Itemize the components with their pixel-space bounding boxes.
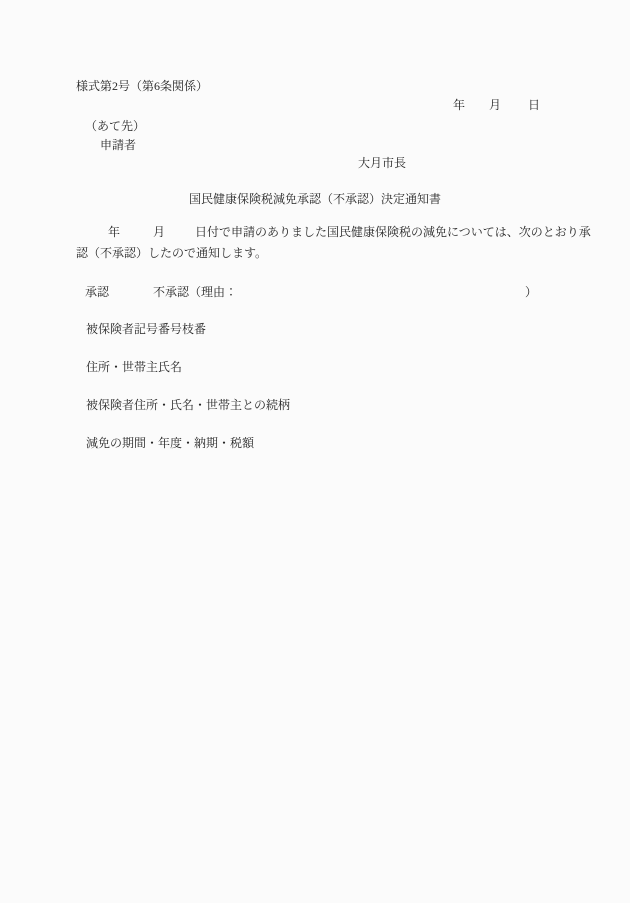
field-insured-symbol-number: 被保険者記号番号枝番	[86, 322, 206, 337]
applicant-label: 申請者	[100, 138, 136, 153]
date-month-label: 月	[489, 98, 501, 113]
approved-option-label: 承認	[85, 285, 109, 300]
addressee-label: （あて先）	[85, 119, 145, 134]
field-insured-address-name-relation: 被保険者住所・氏名・世帯主との続柄	[86, 398, 290, 413]
document-page: 様式第2号（第6条関係） 年 月 日 （あて先） 申請者 大月市長 国民健康保険…	[0, 0, 630, 903]
field-exemption-period-year-term-amount: 減免の期間・年度・納期・税額	[86, 436, 254, 451]
form-number: 様式第2号（第6条関係）	[76, 79, 208, 94]
body-line1-text: 日付で申請のありました国民健康保険税の減免については、次のとおり承	[195, 225, 591, 240]
date-year-label: 年	[453, 98, 465, 113]
field-address-householder-name: 住所・世帯主氏名	[86, 360, 182, 375]
rejected-option-label: 不承認（理由：	[153, 285, 237, 300]
reason-close-paren: ）	[525, 285, 537, 300]
body-paragraph-line2: 認（不承認）したので通知します。	[76, 246, 267, 261]
date-day-label: 日	[528, 98, 540, 113]
mayor-label: 大月市長	[358, 156, 406, 171]
document-title: 国民健康保険税減免承認（不承認）決定通知書	[0, 192, 630, 207]
body-year-label: 年	[108, 225, 120, 240]
body-month-label: 月	[153, 225, 165, 240]
